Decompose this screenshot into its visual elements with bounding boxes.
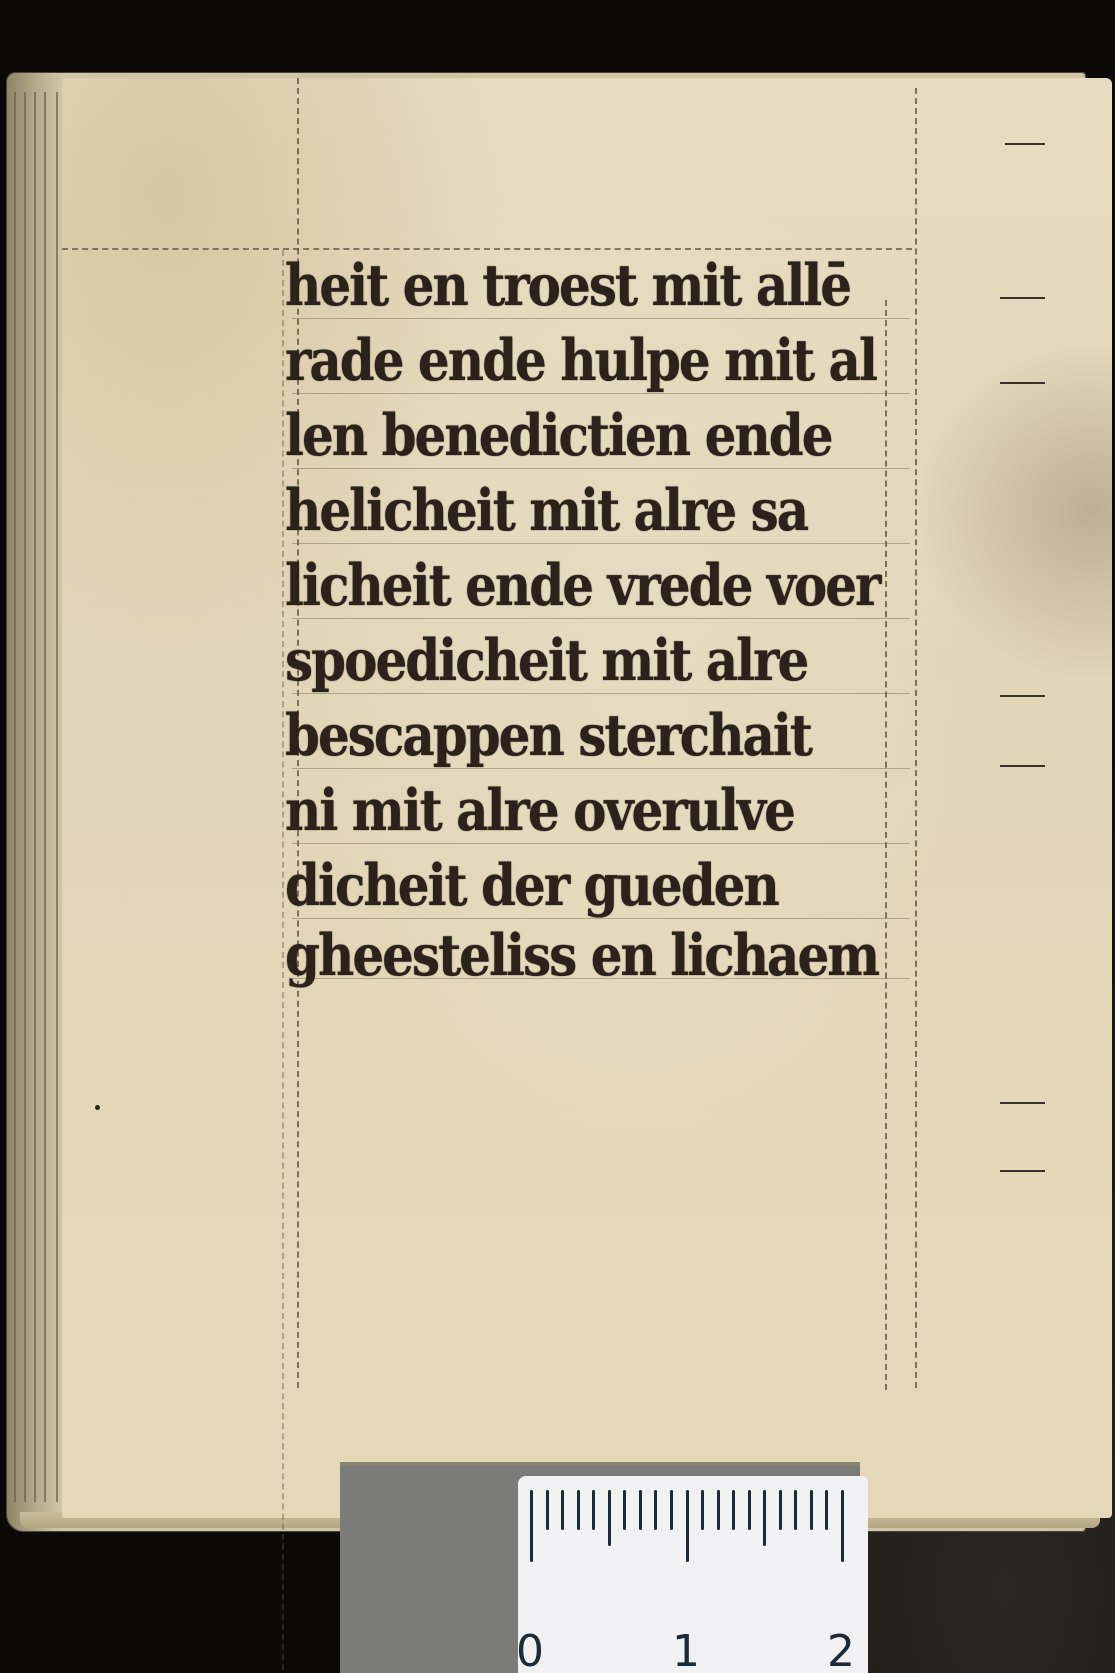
ruler-tick	[670, 1490, 673, 1530]
pricking-mark	[1000, 382, 1045, 384]
text-block-left-rule	[282, 250, 284, 1673]
margin-rule-right-inner	[885, 300, 887, 1390]
ruler-tick	[546, 1490, 549, 1530]
pricking-mark	[1000, 1102, 1045, 1104]
manuscript-line: rade ende hulpe mit al	[285, 326, 876, 394]
ruler-tick-major	[530, 1490, 533, 1562]
ruler-tick	[732, 1490, 735, 1530]
ruler-tick	[810, 1490, 813, 1530]
ink-speck	[95, 1105, 100, 1110]
top-ruling-line	[62, 248, 912, 250]
manuscript-line: spoedicheit mit alre	[285, 626, 807, 694]
manuscript-line: ni mit alre overulve	[285, 776, 794, 844]
ruler-tick	[794, 1490, 797, 1530]
pricking-mark	[1000, 1170, 1045, 1172]
manuscript-line: len benedictien ende	[285, 401, 832, 469]
ruler-tick	[701, 1490, 704, 1530]
manuscript-line: helicheit mit alre sa	[285, 476, 807, 544]
ruler-tick-half	[608, 1490, 611, 1546]
ruler-label: 1	[672, 1626, 700, 1673]
ruler-tick	[561, 1490, 564, 1530]
ruler-tick-major	[841, 1490, 844, 1562]
margin-rule-right-outer	[915, 88, 917, 1388]
ruler-tick-half	[763, 1490, 766, 1546]
ruler-tick	[825, 1490, 828, 1530]
manuscript-line: heit en troest mit allē	[285, 251, 850, 319]
pricking-mark	[1000, 695, 1045, 697]
manuscript-line: licheit ende vrede voer	[285, 551, 879, 619]
pricking-mark	[1000, 765, 1045, 767]
page-edge-line	[24, 92, 26, 1502]
ruler-tick	[748, 1490, 751, 1530]
ruler-label: 0	[516, 1626, 544, 1673]
page-edge-line	[34, 92, 36, 1502]
ruler-tick-major	[686, 1490, 689, 1562]
pricking-mark	[1000, 297, 1045, 299]
ruler-tick	[717, 1490, 720, 1530]
ruler-tick	[577, 1490, 580, 1530]
ruler-tick	[592, 1490, 595, 1530]
ruler-tick	[623, 1490, 626, 1530]
ruler-tick	[654, 1490, 657, 1530]
scale-ruler: 0 1 2	[518, 1476, 868, 1673]
ruler-tick	[779, 1490, 782, 1530]
pricking-mark	[1005, 143, 1045, 145]
manuscript-line: dicheit der gueden	[285, 851, 778, 919]
manuscript-line: gheesteliss en lichaem	[285, 921, 878, 989]
manuscript-line: bescappen sterchait	[285, 701, 811, 769]
page-edge-line	[44, 92, 46, 1502]
ruler-label: 2	[827, 1626, 855, 1673]
page-edge-line	[14, 92, 16, 1502]
page-edge-line	[56, 92, 58, 1502]
ruler-tick	[639, 1490, 642, 1530]
